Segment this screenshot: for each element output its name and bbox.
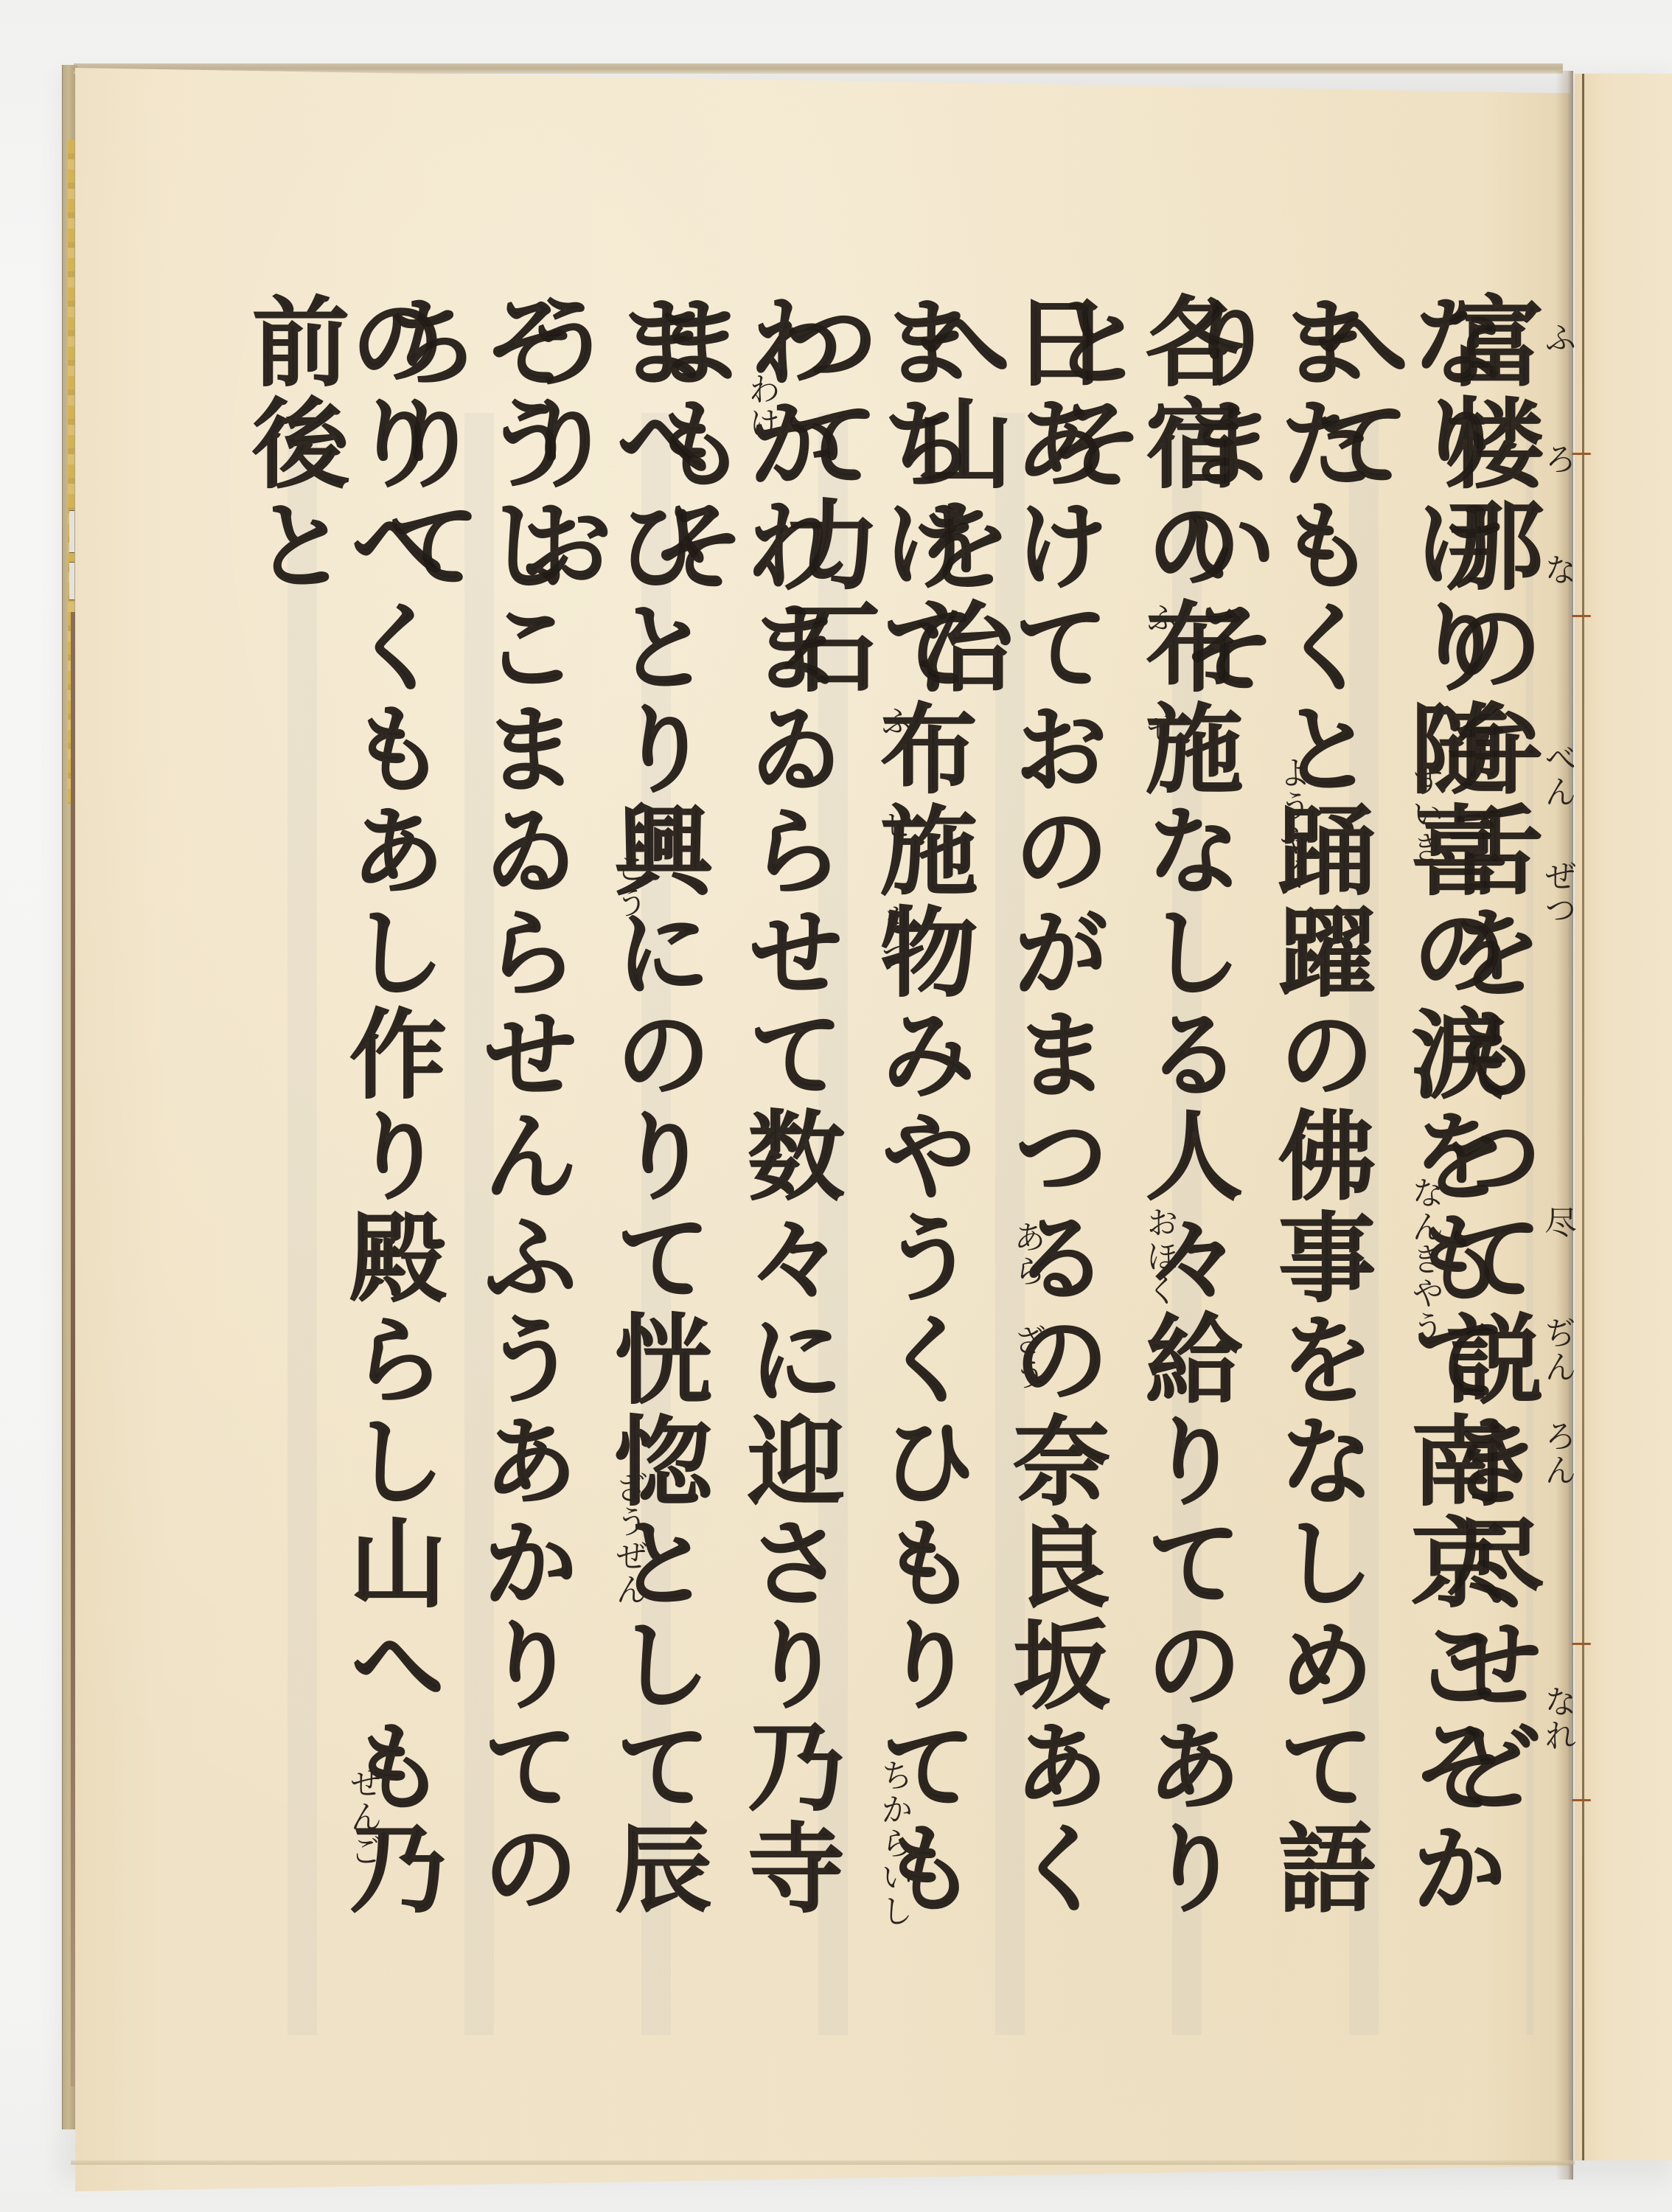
furigana-annotation: せ (870, 807, 917, 841)
column-text: のりへくもあし作り殿らし山へも乃前後と (243, 291, 438, 2017)
binding-stitch-hole (1572, 1799, 1591, 1801)
furigana-annotation: なれ (1533, 1685, 1581, 1753)
furigana-annotation: ろ (1533, 442, 1581, 476)
furigana-annotation: 尽 (1533, 1206, 1581, 1239)
gutter-fold-shadow (1556, 71, 1573, 2180)
binding-stitch-hole (1572, 615, 1591, 617)
furigana-annotation: ざうぜん (605, 1471, 652, 1607)
furigana-annotation: こう (605, 852, 652, 919)
furigana-annotation: なん (1401, 1176, 1448, 1244)
text-column-10: のりへくもあし作り殿らし山へも乃前後とぜんご (229, 291, 354, 2017)
spine-label-band (69, 562, 74, 600)
furigana-annotation: ようやく (1268, 756, 1315, 891)
furigana-annotation: な (1533, 553, 1581, 587)
furigana-annotation: ざう (1003, 1324, 1050, 1391)
furigana-annotation: おほく (1135, 1206, 1182, 1307)
furigana-annotation: あら (1003, 1220, 1050, 1288)
binding-gutter-line (1582, 74, 1584, 2160)
spine-cover-edge (71, 612, 76, 2087)
furigana-annotation: ぢん (1533, 1316, 1581, 1384)
furigana-annotation: べん (1533, 741, 1581, 809)
furigana-annotation: ずいき (1401, 763, 1448, 865)
furigana-annotation: せ (1135, 712, 1182, 745)
furigana-annotation: もつ (870, 903, 917, 971)
page-bottom-edge (71, 2160, 1575, 2165)
calligraphy-text-block: 富楼那の弁舌をもつて説き尽せどふろなべんぜつ尽ぢんろんなれ なりけり随喜の涙をも… (229, 291, 1548, 2017)
furigana-annotation: きやう (1401, 1242, 1448, 1344)
furigana-annotation: ろん (1533, 1419, 1581, 1487)
furigana-annotation: わけ (737, 372, 784, 440)
furigana-annotation: ふ (1135, 601, 1182, 635)
furigana-annotation: ふ (1533, 321, 1581, 355)
facing-page-edge (1575, 74, 1672, 2160)
furigana-annotation: ちからいし (870, 1759, 917, 1928)
furigana-annotation: ふ (870, 704, 917, 738)
spine-label-band (69, 510, 74, 553)
binding-stitch-hole (1572, 1643, 1591, 1645)
furigana-annotation: ぜんご (339, 1766, 386, 1868)
furigana-annotation: ぜつ (1533, 859, 1581, 927)
